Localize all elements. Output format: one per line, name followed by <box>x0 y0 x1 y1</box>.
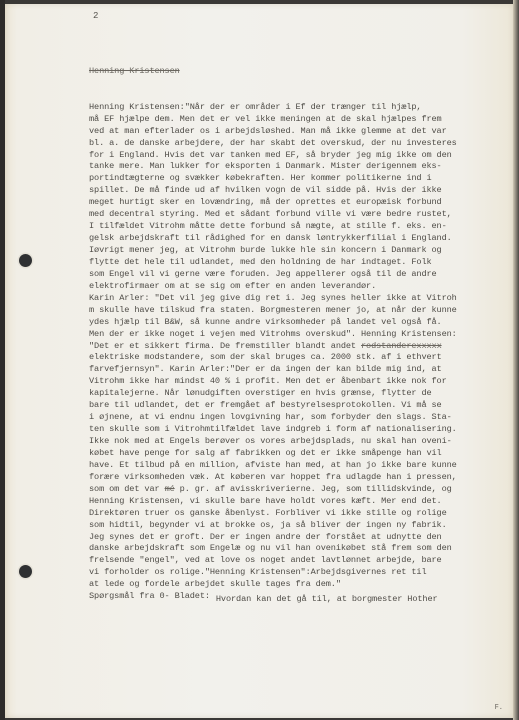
text-line: Henning Kristensen, vi skulle bare have … <box>89 496 509 508</box>
page-number: 2 <box>93 11 98 21</box>
text-line: som om det var mé p. gr. af avisskriveri… <box>89 484 509 496</box>
text-line: i øjnene, at vi endnu ingen lovgivning h… <box>89 412 509 424</box>
text-line: forære virksomheden væk. At køberen var … <box>89 472 509 484</box>
text-line: Ikke nok med at Engels berøver os vores … <box>89 436 509 448</box>
text-line: farvefjernsyn". Karin Arler:"Der er da i… <box>89 364 509 376</box>
scan-right-edge <box>513 0 519 720</box>
question-line: Spørgsmål fra 0- Bladet:Hvordan kan det … <box>89 591 509 603</box>
text-line: Men der er ikke noget i vejen med Vitroh… <box>89 329 509 341</box>
punch-hole-top <box>19 254 32 267</box>
corner-mark: F. <box>495 704 503 712</box>
text-line: Iøvrigt mener jeg, at Vitrohm burde lukk… <box>89 245 509 257</box>
text-line: Henning Kristensen:"Når der er områder i… <box>89 102 509 114</box>
struck-heading: Henning Kristensen <box>89 66 509 78</box>
text-line: bl. a. de danske arbejdere, der har skab… <box>89 138 509 150</box>
text-line: at lede og fordele arbejdet skulle tages… <box>89 579 509 591</box>
text-line: ten skulle som i Vitrohmtilfældet lave i… <box>89 424 509 436</box>
text-line: frelsende "engel", ved at love os noget … <box>89 555 509 567</box>
text-line: elektriske modstandere, som der skal bru… <box>89 352 509 364</box>
text-line: meget hurtigt sker en lovændring, må der… <box>89 197 509 209</box>
text-line: må EF hjælpe dem. Men det er vel ikke me… <box>89 114 509 126</box>
question-text: Hvordan kan det gå til, at borgmester Ho… <box>216 594 438 606</box>
text-line: Jeg synes det er groft. Der er ingen and… <box>89 532 509 544</box>
text-line: I tilfældet Vitrohm måtte dette forbund … <box>89 221 509 233</box>
typewritten-text: Henning Kristensen Henning Kristensen:"N… <box>89 42 509 603</box>
text-line: med decentral styring. Med et sådant for… <box>89 209 509 221</box>
text-line: elektrofirmaer om at se sig om efter en … <box>89 281 509 293</box>
text-line: "Det er et sikkert firma. De fremstiller… <box>89 341 509 353</box>
struck-text: rodstanderexxxxx <box>361 341 442 351</box>
text-line: Vitrohm ikke har mindst 40 % i profit. M… <box>89 376 509 388</box>
text-line: ydes hjælp til B&W, så kunne andre virks… <box>89 317 509 329</box>
text-line: spillet. De må finde ud af hvilken vogn … <box>89 185 509 197</box>
struck-text: mé <box>165 484 175 494</box>
text-line: for i England. Hvis det var tanken med E… <box>89 150 509 162</box>
text-line: Karin Arler: "Det vil jeg give dig ret i… <box>89 293 509 305</box>
text-line: kapitalejerne. Når lønudgiften overstige… <box>89 388 509 400</box>
document-page: 2 Henning Kristensen Henning Kristensen:… <box>5 4 513 718</box>
question-label: Spørgsmål fra 0- Bladet: <box>89 591 210 601</box>
text-line: have. Et tilbud på en million, afviste h… <box>89 460 509 472</box>
text-line: tanke mere. Man lukker for eksporten i D… <box>89 161 509 173</box>
text-line: portindtægterne og svækker købekraften. … <box>89 173 509 185</box>
text-line: købet have penge for salg af fabrikken o… <box>89 448 509 460</box>
text-line: som hidtil, begynder vi at brokke os, ja… <box>89 520 509 532</box>
text-line: bare til udlandet, det er fremgået af be… <box>89 400 509 412</box>
text-line: som Engel vil vi gerne være foruden. Jeg… <box>89 269 509 281</box>
punch-hole-bottom <box>19 565 32 578</box>
text-line: m skulle have tilskud fra staten. Borgme… <box>89 305 509 317</box>
text-line: danske arbejdskraft som Engelæ og nu vil… <box>89 543 509 555</box>
text-line: flytte det hele til udlandet, med den ho… <box>89 257 509 269</box>
text-line: Direktøren truer os ganske åbenlyst. For… <box>89 508 509 520</box>
text-line: vi forholder os rolige."Henning Kristens… <box>89 567 509 579</box>
text-line: ved at man efterlader os i arbejdsløshed… <box>89 126 509 138</box>
text-line: gelsk arbejdskraft til rådighed for en d… <box>89 233 509 245</box>
